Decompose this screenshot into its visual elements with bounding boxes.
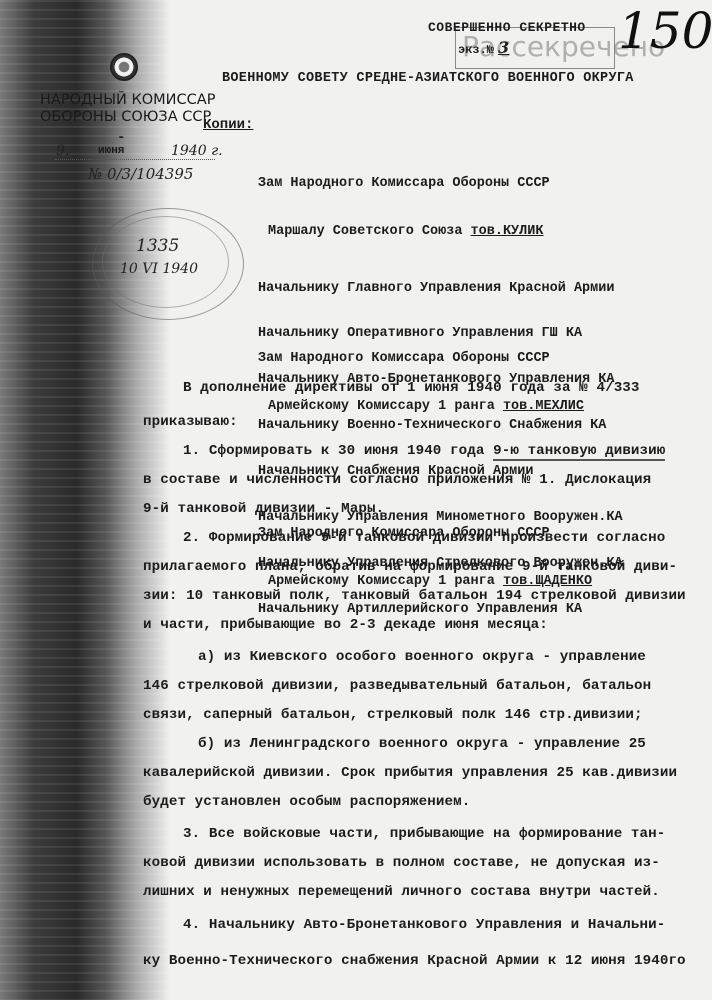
registration-number: № 0/3/104395 bbox=[88, 165, 193, 183]
underlined-division: 9-ю танковую дивизию bbox=[493, 443, 665, 461]
subpoint-b-line: кавалерийской дивизии. Срок прибытия упр… bbox=[143, 765, 677, 781]
scan-shadow-strip bbox=[0, 0, 170, 1000]
date-underline bbox=[55, 159, 215, 160]
document-page: Рассекречено СОВЕРШЕННО СЕКРЕТНО экз.№3 … bbox=[0, 0, 712, 1000]
body-intro-line: В дополнение директивы от 1 июня 1940 го… bbox=[183, 380, 640, 396]
chief-item: Начальнику Военно-Технического Снабжения… bbox=[258, 418, 623, 433]
paragraph-1-line: 9-й танковой дивизии - Мары. bbox=[143, 501, 384, 517]
page-number: 150 bbox=[618, 2, 712, 60]
copy-number-value: 3 bbox=[498, 38, 509, 57]
paragraph-2-line: 2. Формирование 9-й танковой дивизии про… bbox=[183, 530, 665, 546]
paragraph-2-line: прилагаемого плана, обратив на формирова… bbox=[143, 559, 677, 575]
subpoint-b-line: будет установлен особым распоряжением. bbox=[143, 794, 470, 810]
copy-number: экз.№3 bbox=[458, 38, 509, 57]
subpoint-a-line: 146 стрелковой дивизии, разведывательный… bbox=[143, 678, 651, 694]
paragraph-4-line: ку Военно-Технического снабжения Красной… bbox=[143, 953, 686, 969]
seal-number: 1335 bbox=[136, 236, 179, 256]
letterhead-dash: - bbox=[117, 130, 125, 146]
date-month: июня bbox=[98, 145, 124, 157]
subpoint-b-line: б) из Ленинградского военного округа - у… bbox=[198, 736, 646, 752]
paragraph-3-line: лишних и ненужных перемещений личного со… bbox=[143, 884, 660, 900]
paragraph-3-line: ковой дивизии использовать в полном сост… bbox=[143, 855, 660, 871]
paragraph-1-line: 1. Сформировать к 30 июня 1940 года 9-ю … bbox=[183, 443, 665, 459]
addressee-heading: ВОЕННОМУ СОВЕТУ СРЕДНЕ-АЗИАТСКОГО ВОЕННО… bbox=[222, 71, 634, 86]
paragraph-2-line: зии: 10 танковый полк, танковый батальон… bbox=[143, 588, 686, 604]
org-line-1: НАРОДНЫЙ КОМИССАР bbox=[40, 92, 215, 109]
ussr-emblem-icon bbox=[110, 53, 138, 81]
org-name: НАРОДНЫЙ КОМИССАРОБОРОНЫ СОЮЗА ССР bbox=[40, 92, 215, 126]
copies-label: Копии: bbox=[203, 117, 253, 133]
chief-item: Начальнику Артиллерийского Управления КА bbox=[258, 602, 623, 617]
seal-date: 10 VI 1940 bbox=[120, 261, 198, 277]
org-line-2: ОБОРОНЫ СОЮЗА ССР bbox=[40, 109, 215, 126]
subpoint-a-line: связи, саперный батальон, стрелковый пол… bbox=[143, 707, 643, 723]
classification-label: СОВЕРШЕННО СЕКРЕТНО bbox=[428, 20, 586, 35]
paragraph-4-line: 4. Начальнику Авто-Бронетанкового Управл… bbox=[183, 917, 665, 933]
body-intro-line: приказываю: bbox=[143, 414, 238, 430]
subpoint-a-line: а) из Киевского особого военного округа … bbox=[198, 649, 646, 665]
paragraph-2-line: и части, прибывающие во 2-3 декаде июня … bbox=[143, 617, 548, 633]
date-day: 9. bbox=[56, 143, 69, 159]
paragraph-1-line: в составе и численности согласно приложе… bbox=[143, 472, 651, 488]
chief-item: Начальнику Оперативного Управления ГШ КА bbox=[258, 326, 623, 341]
recipient-name: тов.КУЛИК bbox=[471, 224, 544, 239]
paragraph-3-line: 3. Все войсковые части, прибывающие на ф… bbox=[183, 826, 665, 842]
chief-item: Начальнику Главного Управления Красной А… bbox=[258, 281, 623, 296]
copy-label: экз.№ bbox=[458, 43, 494, 57]
date-year: 1940 г. bbox=[171, 143, 223, 159]
